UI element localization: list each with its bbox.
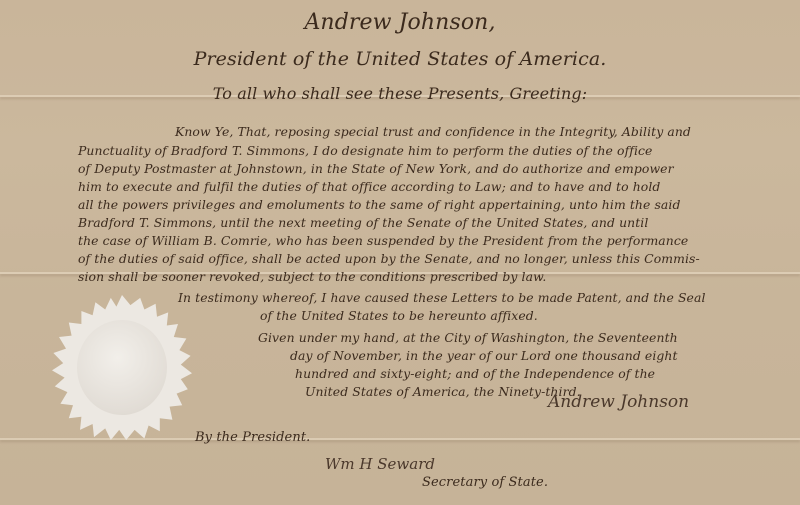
testimony-line: of the United States to be hereunto affi… (260, 308, 800, 323)
given-line: day of November, in the year of our Lord… (290, 348, 800, 363)
paper-fold (0, 438, 800, 440)
body-line: Know Ye, That, reposing special trust an… (175, 124, 800, 139)
embossed-seal-icon (52, 295, 192, 440)
secretary-signature: Wm H Seward (325, 455, 435, 473)
by-the-president: By the President. (195, 430, 310, 445)
given-line: Given under my hand, at the City of Wash… (258, 330, 800, 345)
salutation: To all who shall see these Presents, Gre… (0, 84, 800, 103)
body-line: all the powers privileges and emoluments… (78, 197, 778, 212)
body-line: of the duties of said office, shall be a… (78, 251, 778, 266)
secretary-title: Secretary of State. (422, 475, 548, 490)
seal-center (77, 320, 167, 415)
given-line: hundred and sixty-eight; and of the Inde… (295, 366, 800, 381)
body-line: of Deputy Postmaster at Johnstown, in th… (78, 161, 778, 176)
document-subtitle: President of the United States of Americ… (0, 48, 800, 70)
body-line: sion shall be sooner revoked, subject to… (78, 269, 778, 284)
president-signature: Andrew Johnson (548, 392, 689, 412)
body-line: Bradford T. Simmons, until the next meet… (78, 215, 778, 230)
testimony-line: In testimony whereof, I have caused thes… (178, 290, 800, 305)
document-title: Andrew Johnson, (0, 10, 800, 35)
body-line: Punctuality of Bradford T. Simmons, I do… (78, 143, 778, 158)
body-line: the case of William B. Comrie, who has b… (78, 233, 778, 248)
body-line: him to execute and fulfil the duties of … (78, 179, 778, 194)
